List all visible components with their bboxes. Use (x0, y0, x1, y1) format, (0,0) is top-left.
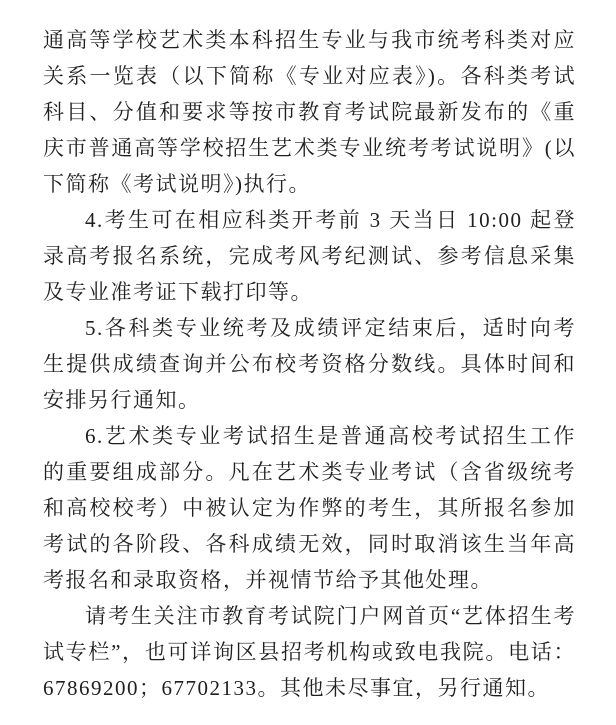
paragraph: 请考生关注市教育考试院门户网首页“艺体招生考试专栏”，也可详询区县招考机构或致电… (43, 598, 576, 706)
paragraph: 6.艺术类专业考试招生是普通高校考试招生工作的重要组成部分。凡在艺术类专业考试（… (43, 418, 576, 598)
paragraph: 4.考生可在相应科类开考前 3 天当日 10:00 起登录高考报名系统，完成考风… (43, 202, 576, 310)
document-page: 通高等学校艺术类本科招生专业与我市统考科类对应关系一览表（以下简称《专业对应表》… (0, 0, 616, 725)
paragraph: 通高等学校艺术类本科招生专业与我市统考科类对应关系一览表（以下简称《专业对应表》… (43, 22, 576, 202)
document-text-body: 通高等学校艺术类本科招生专业与我市统考科类对应关系一览表（以下简称《专业对应表》… (43, 22, 576, 706)
paragraph: 5.各科类专业统考及成绩评定结束后，适时向考生提供成绩查询并公布校考资格分数线。… (43, 310, 576, 418)
